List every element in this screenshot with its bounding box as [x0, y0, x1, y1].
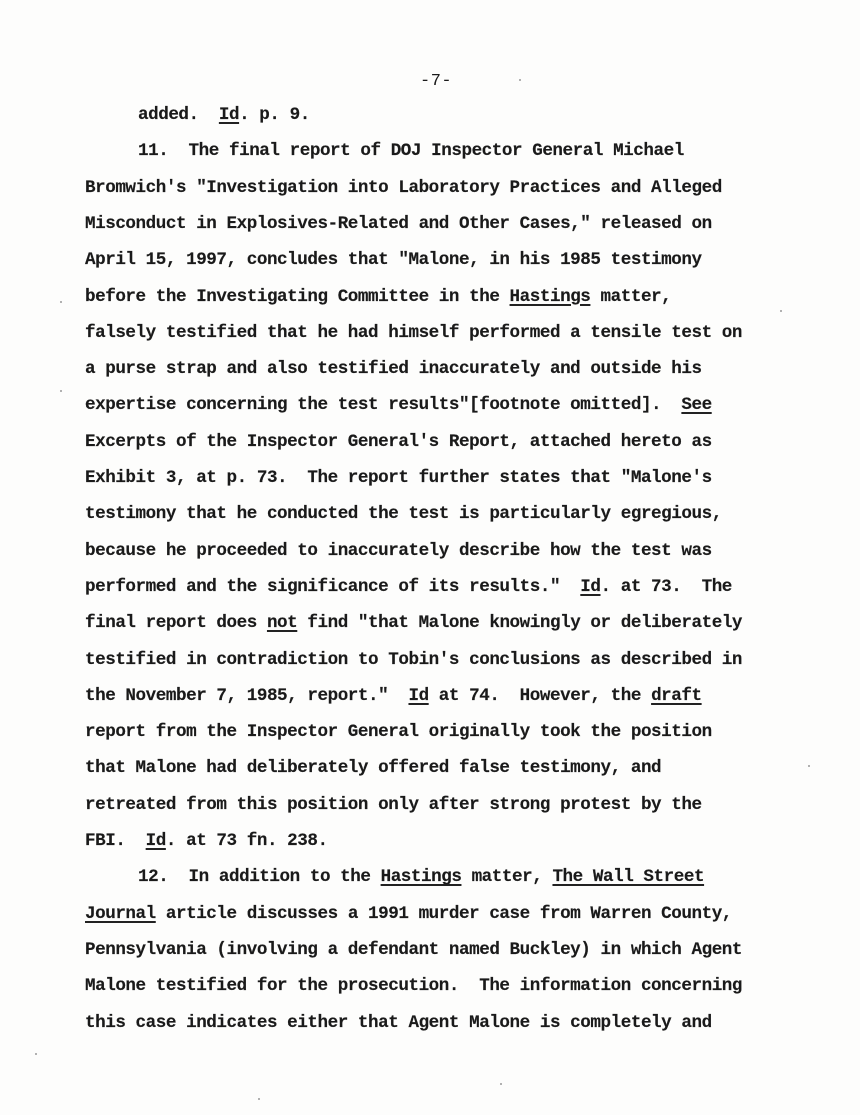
text-segment: FBI.	[85, 831, 146, 851]
text-line: expertise concerning the test results"[f…	[85, 394, 712, 416]
text-segment: report from the Inspector General origin…	[85, 722, 712, 742]
text-segment: 11. The final report of DOJ Inspector Ge…	[138, 141, 684, 161]
text-line: retreated from this position only after …	[85, 794, 702, 816]
scan-speck	[258, 1098, 260, 1100]
text-line: Malone testified for the prosecution. Th…	[85, 975, 742, 997]
text-line: that Malone had deliberately offered fal…	[85, 757, 661, 779]
text-segment: 12. In addition to the	[138, 867, 381, 887]
underlined-citation: Id	[580, 577, 600, 597]
scan-speck	[60, 390, 62, 392]
underlined-citation: See	[681, 395, 711, 415]
text-line: a purse strap and also testified inaccur…	[85, 358, 702, 380]
text-segment: final report does	[85, 613, 267, 633]
text-segment: matter,	[590, 287, 671, 307]
text-segment: at 74. However, the	[429, 686, 651, 706]
underlined-citation: The Wall Street	[552, 867, 704, 887]
text-line: April 15, 1997, concludes that "Malone, …	[85, 249, 702, 271]
text-line: Bromwich's "Investigation into Laborator…	[85, 177, 722, 199]
text-line: because he proceeded to inaccurately des…	[85, 540, 712, 562]
scan-speck	[500, 1083, 502, 1085]
text-line: performed and the significance of its re…	[85, 576, 732, 598]
page-number: -7-	[420, 72, 452, 91]
text-segment: Exhibit 3, at p. 73. The report further …	[85, 468, 712, 488]
text-line: this case indicates either that Agent Ma…	[85, 1012, 712, 1034]
text-line: testified in contradiction to Tobin's co…	[85, 649, 742, 671]
text-line: added. Id. p. 9.	[138, 104, 310, 126]
text-segment: Bromwich's "Investigation into Laborator…	[85, 178, 722, 198]
text-segment: a purse strap and also testified inaccur…	[85, 359, 702, 379]
text-segment: falsely testified that he had himself pe…	[85, 323, 742, 343]
scan-speck	[780, 310, 782, 312]
text-line: testimony that he conducted the test is …	[85, 503, 722, 525]
scan-speck	[519, 79, 521, 81]
text-segment: this case indicates either that Agent Ma…	[85, 1013, 712, 1033]
text-line: final report does not find "that Malone …	[85, 612, 742, 634]
underlined-citation: draft	[651, 686, 702, 706]
text-segment: April 15, 1997, concludes that "Malone, …	[85, 250, 702, 270]
text-line: report from the Inspector General origin…	[85, 721, 712, 743]
underlined-citation: Hastings	[381, 867, 462, 887]
text-line: Exhibit 3, at p. 73. The report further …	[85, 467, 712, 489]
text-segment: . at 73. The	[601, 577, 732, 597]
text-line: Pennsylvania (involving a defendant name…	[85, 939, 742, 961]
scan-speck	[808, 765, 810, 767]
text-segment: Pennsylvania (involving a defendant name…	[85, 940, 742, 960]
text-segment: expertise concerning the test results"[f…	[85, 395, 681, 415]
underlined-citation: Id	[408, 686, 428, 706]
text-segment: before the Investigating Committee in th…	[85, 287, 510, 307]
underlined-citation: Hastings	[510, 287, 591, 307]
text-segment: added.	[138, 105, 219, 125]
text-segment: find "that Malone knowingly or deliberat…	[297, 613, 742, 633]
text-line: FBI. Id. at 73 fn. 238.	[85, 830, 328, 852]
text-line: Excerpts of the Inspector General's Repo…	[85, 431, 712, 453]
text-segment: the November 7, 1985, report."	[85, 686, 408, 706]
text-segment: . p. 9.	[239, 105, 310, 125]
text-segment: Misconduct in Explosives-Related and Oth…	[85, 214, 712, 234]
text-line: 12. In addition to the Hastings matter, …	[138, 866, 704, 888]
text-line: before the Investigating Committee in th…	[85, 286, 671, 308]
text-segment: testified in contradiction to Tobin's co…	[85, 650, 742, 670]
text-segment: Excerpts of the Inspector General's Repo…	[85, 432, 712, 452]
text-segment: Malone testified for the prosecution. Th…	[85, 976, 742, 996]
scan-speck	[60, 301, 62, 303]
underlined-citation: Journal	[85, 904, 156, 924]
underlined-citation: Id	[219, 105, 239, 125]
text-segment: matter,	[461, 867, 552, 887]
text-segment: testimony that he conducted the test is …	[85, 504, 722, 524]
text-line: Misconduct in Explosives-Related and Oth…	[85, 213, 712, 235]
text-segment: . at 73 fn. 238.	[166, 831, 328, 851]
text-segment: retreated from this position only after …	[85, 795, 702, 815]
text-segment: performed and the significance of its re…	[85, 577, 580, 597]
text-segment: because he proceeded to inaccurately des…	[85, 541, 712, 561]
scan-speck	[35, 1053, 37, 1055]
underlined-citation: not	[267, 613, 297, 633]
text-line: the November 7, 1985, report." Id at 74.…	[85, 685, 702, 707]
underlined-citation: Id	[146, 831, 166, 851]
text-segment: article discusses a 1991 murder case fro…	[156, 904, 732, 924]
text-segment: that Malone had deliberately offered fal…	[85, 758, 661, 778]
text-line: falsely testified that he had himself pe…	[85, 322, 742, 344]
document-page: -7- added. Id. p. 9.11. The final report…	[0, 0, 860, 1115]
text-line: 11. The final report of DOJ Inspector Ge…	[138, 140, 684, 162]
text-line: Journal article discusses a 1991 murder …	[85, 903, 732, 925]
